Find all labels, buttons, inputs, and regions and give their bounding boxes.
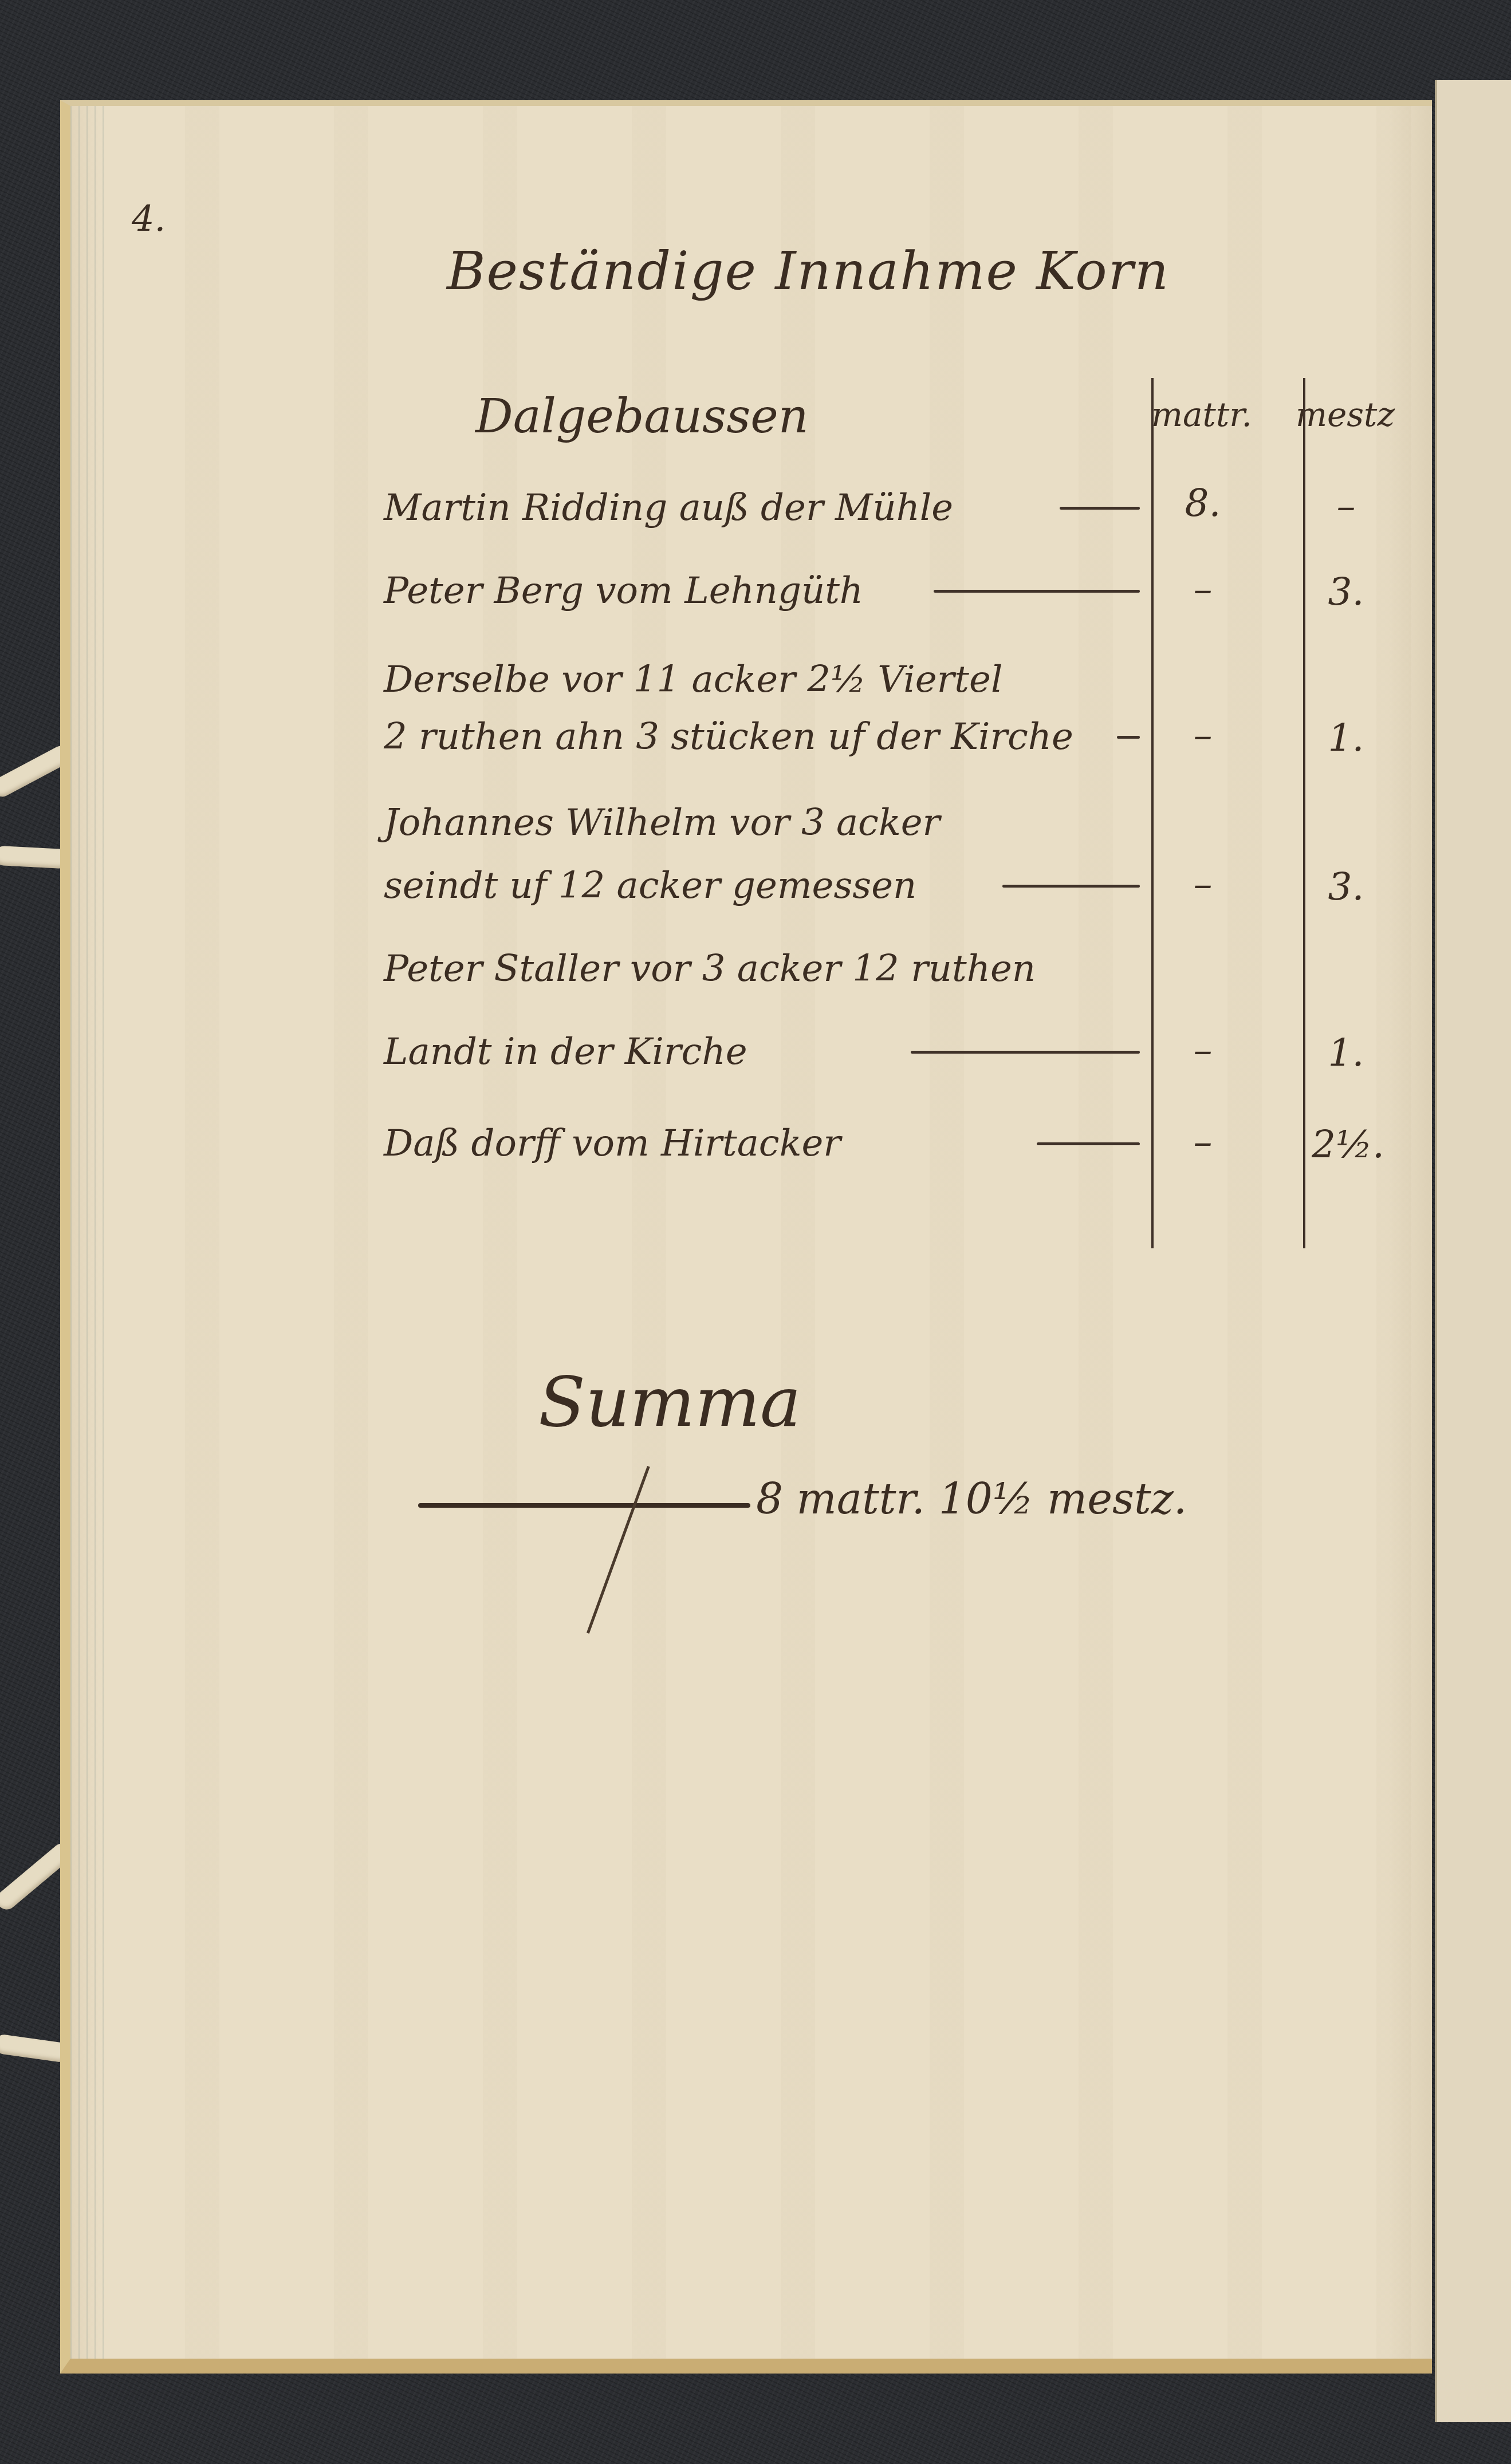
entry-3-leader	[1117, 736, 1140, 739]
entry-4-line-1: Johannes Wilhelm vor 3 acker	[384, 802, 940, 844]
entry-5-metzen: 1.	[1312, 1031, 1380, 1075]
entry-6-line-1: Daß dorff vom Hirtacker	[384, 1122, 841, 1165]
entry-6-metzen: 2½.	[1312, 1122, 1380, 1166]
entry-2-malter: –	[1168, 567, 1237, 611]
entry-5-line-2: Landt in der Kirche	[384, 1031, 747, 1073]
entry-2-metzen: 3.	[1312, 570, 1380, 614]
entry-5-line-1: Peter Staller vor 3 acker 12 ruthen	[384, 948, 1036, 990]
entry-3-metzen: 1.	[1312, 716, 1380, 760]
summa-label: Summa	[538, 1363, 801, 1442]
entry-3-malter: –	[1168, 713, 1237, 757]
summa-rule	[418, 1503, 750, 1508]
book-tie-lower-2	[0, 2033, 70, 2063]
column-header-malter: mattr.	[1151, 395, 1252, 434]
entry-2-line-1: Peter Berg vom Lehngüth	[384, 570, 863, 612]
entry-3-line-2: 2 ruthen ahn 3 stücken uf der Kirche	[384, 716, 1073, 758]
entry-4-metzen: 3.	[1312, 865, 1380, 909]
entry-6-malter: –	[1168, 1119, 1237, 1164]
page-stack-edges	[70, 106, 105, 2359]
entry-1-malter: 8.	[1168, 481, 1237, 525]
page-title: Beständige Innahme Korn	[447, 241, 1170, 302]
entry-5-malter: –	[1168, 1028, 1237, 1072]
entry-1-metzen: –	[1312, 484, 1380, 528]
column-header-metzen: mestz	[1296, 395, 1395, 434]
entry-3-line-1: Derselbe vor 11 acker 2½ Viertel	[384, 659, 1002, 701]
entry-4-leader	[1002, 885, 1140, 888]
entry-6-leader	[1037, 1142, 1140, 1145]
entry-1-line-1: Martin Ridding auß der Mühle	[384, 487, 953, 529]
folio-number: 4.	[132, 198, 166, 239]
column-rule-right	[1303, 378, 1305, 1248]
entry-5-leader	[911, 1051, 1140, 1054]
entry-2-leader	[934, 590, 1140, 593]
summa-value: 8 mattr. 10½ mestz.	[756, 1475, 1187, 1524]
book-tie-upper-2	[0, 846, 69, 869]
section-heading: Dalgebaussen	[475, 389, 809, 444]
entry-4-malter: –	[1168, 862, 1237, 906]
entry-4-line-2: seindt uf 12 acker gemessen	[384, 865, 916, 907]
column-rule-left	[1151, 378, 1154, 1248]
entry-1-leader	[1060, 507, 1140, 510]
facing-page-edge	[1435, 80, 1511, 2422]
